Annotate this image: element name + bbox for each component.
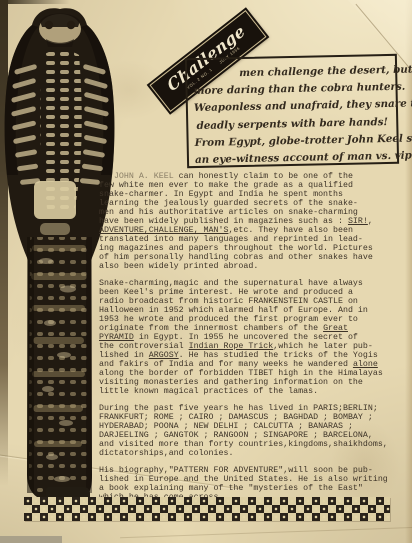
text-line: FRANKFURT; ROME ; CAIRO ; DAMASCUS ; BAG… [99,413,405,422]
text-line: along the border of forbidden TIBET high… [99,369,405,378]
text-line: His biography,"PATTERN FOR ADVENTURE",wi… [99,466,405,475]
body-text: JOHN A. KEEL can honestly claim to be on… [99,172,405,510]
text-line: and fakirs of India and for many weeks h… [99,360,405,369]
quote-box-lines: men challenge the desert, but nonemore d… [193,62,391,169]
text-line: lished in ARGOSY. He has studied the tri… [99,351,405,360]
text-line: also been widely printed abroad. [99,262,405,271]
text-line: have been widely published in magazines … [99,217,405,226]
text-line: been Keel's prime interest. He wrote and… [99,288,405,297]
paragraph: Snake-charming,magic and the supernatura… [99,279,405,396]
text-line: visiting monasteries and gathering infor… [99,378,405,387]
text-line: translated into many languages and repri… [99,235,405,244]
text-line: dictatorships,and colonies. [99,449,405,458]
text-line: originate from the innermost chambers of… [99,324,405,333]
text-line: ing magazines and papers throughout the … [99,244,405,253]
text-line: and visited more than forty countries,ki… [99,440,405,449]
surface-under-page [0,536,62,543]
checkerboard-strip [24,497,390,521]
text-line: a book explaining many of the "mysteries… [99,484,405,493]
paragraph: During the past five years he has lived … [99,404,405,458]
text-line: learning the jealously guarded secrets o… [99,199,405,208]
paper-crease [120,527,412,538]
quote-box: men challenge the desert, but nonemore d… [185,54,399,168]
text-line: men and his authoritative articles on sn… [99,208,405,217]
text-line: lished in Europe and the United States. … [99,475,405,484]
page-edge-top [0,0,70,4]
paragraph: JOHN A. KEEL can honestly claim to be on… [99,172,405,271]
text-line: few white men ever to make the grade as … [99,181,405,190]
text-line: DARJEELING ; GANGTOK ; RANGOON ; SINGAPO… [99,431,405,440]
text-line: PYRAMID in Egypt. In 1955 he uncovered t… [99,333,405,342]
text-line: of him personally handling cobras and ot… [99,253,405,262]
scanned-page: { "banner": { "title": "Challenge", "iss… [0,0,412,543]
text-line: little known magical practices of the la… [99,387,405,396]
text-line: Halloween in 1952 which alarmed half of … [99,306,405,315]
text-line: Snake-charming,magic and the supernatura… [99,279,405,288]
text-line: JOHN A. KEEL can honestly claim to be on… [99,172,405,181]
text-line: the controversial Indian Rope Trick,whic… [99,342,405,351]
text-line: 1953 he wrote and produced the first pro… [99,315,405,324]
text-line: During the past five years he has lived … [99,404,405,413]
text-line: radio broadcast from historic FRANKENSTE… [99,297,405,306]
page-edge-right [405,0,412,543]
quote-line: an eye-witness account of man vs. viper. [195,148,391,169]
text-line: ADVENTURE,CHALLENGE, MAN'S,etc. They hav… [99,226,405,235]
text-line: snake-charmer. In Egypt and India he spe… [99,190,405,199]
text-line: HYDERABAD; POONA ; NEW DELHI ; CALCUTTA … [99,422,405,431]
